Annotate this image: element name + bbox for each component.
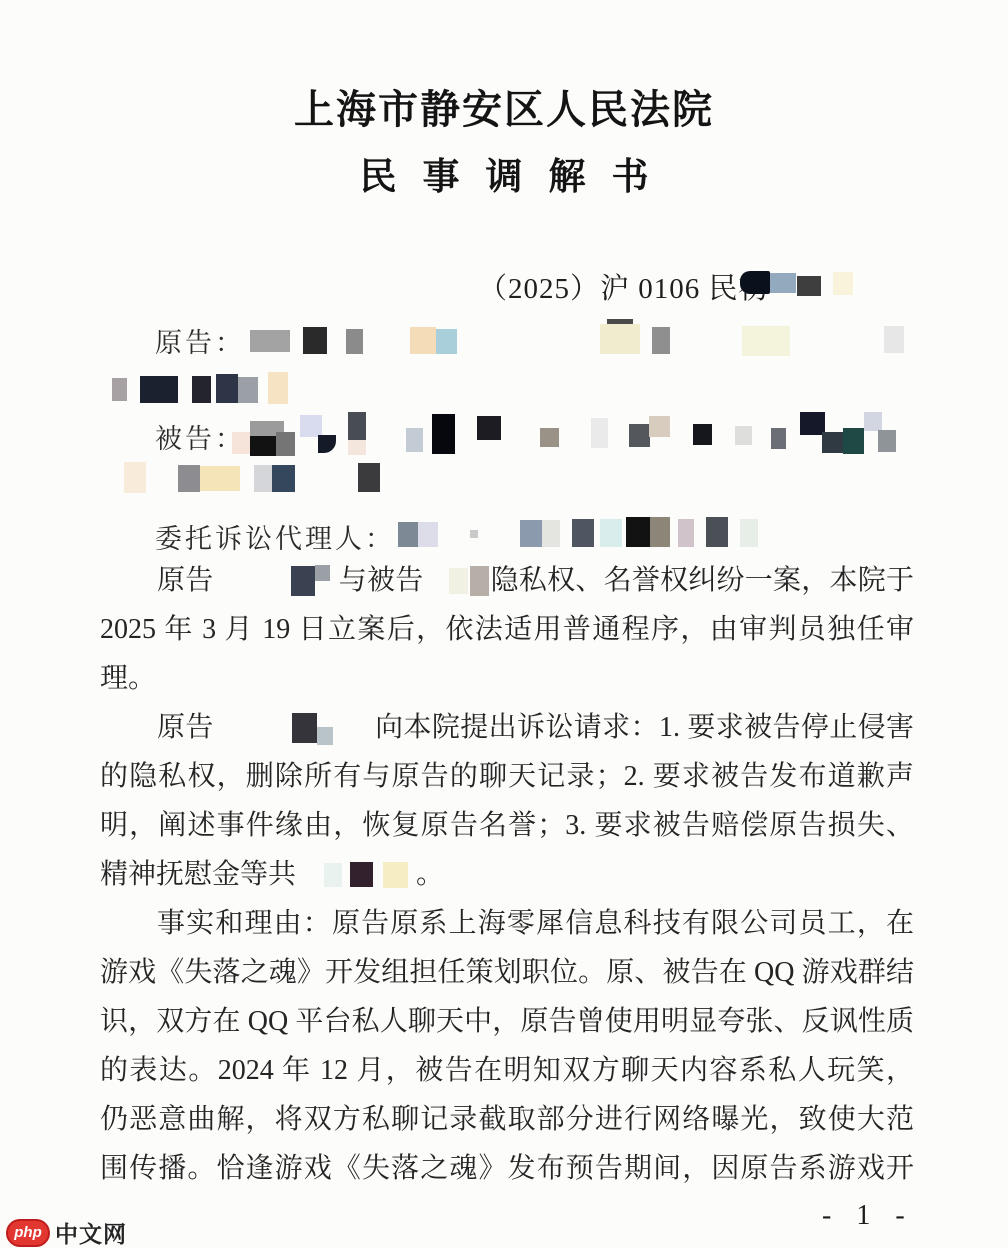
body-line: 理。 <box>100 654 914 703</box>
redaction-block <box>477 416 501 440</box>
redaction-block <box>650 517 670 547</box>
defendant-label: 被告： <box>155 417 245 456</box>
body-text: 原告 <box>157 565 213 596</box>
redaction-block <box>410 327 436 354</box>
redaction-block <box>348 412 366 440</box>
body-line: 游戏《失落之魂》开发组担任策划职位。原、被告在 QQ 游戏群结 <box>100 948 914 997</box>
document-body: 原告与被告隐私权、名誉权纠纷一案，本院于 2025 年 3 月 19 日立案后，… <box>100 556 914 1193</box>
redaction-block <box>178 465 200 492</box>
plaintiff-label: 原告： <box>155 321 245 360</box>
redaction-block <box>470 530 478 538</box>
redaction-block <box>268 372 288 404</box>
redaction-block <box>200 466 240 491</box>
redaction-block <box>318 435 336 453</box>
watermark-text: 中文网 <box>55 1216 127 1248</box>
redaction-block <box>216 374 238 403</box>
body-text: 精神抚慰金等共 <box>100 859 296 890</box>
redaction-block <box>250 421 284 436</box>
redaction-block <box>833 272 853 295</box>
redaction-block <box>303 327 327 354</box>
redaction-block <box>346 329 363 354</box>
redaction-block <box>324 863 342 887</box>
body-line: 精神抚慰金等共。 <box>100 850 914 899</box>
redaction-block <box>884 326 904 353</box>
redaction-block <box>238 377 258 403</box>
redaction-block <box>317 727 333 745</box>
redaction-block <box>350 862 373 887</box>
redaction-block <box>591 418 608 448</box>
redaction-block <box>406 428 423 452</box>
redaction-block <box>250 330 290 352</box>
page-number: - 1 - <box>822 1200 914 1232</box>
redaction-block <box>629 424 650 447</box>
redaction-block <box>678 519 694 547</box>
body-line: 事实和理由：原告原系上海零犀信息科技有限公司员工，在 <box>100 899 914 948</box>
redaction-block <box>300 415 322 437</box>
document-type-title: 民事调解书 <box>0 146 1008 200</box>
redaction-block <box>600 519 622 547</box>
body-line: 原告与被告隐私权、名誉权纠纷一案，本院于 <box>100 556 914 605</box>
body-line: 的表达。2024 年 12 月，被告在明知双方聊天内容系私人玩笑， <box>100 1046 914 1095</box>
redaction-block <box>742 326 790 356</box>
redaction-block <box>542 520 560 547</box>
redaction-block <box>843 428 864 454</box>
redaction-block <box>520 520 542 547</box>
redaction-block <box>192 376 211 403</box>
redaction-block <box>140 376 178 403</box>
redaction-block <box>864 412 882 431</box>
redaction-block <box>436 329 457 354</box>
body-text: 。 <box>416 859 444 890</box>
redaction-block <box>124 462 146 493</box>
body-text: 原告 <box>157 712 214 743</box>
redaction-block <box>600 324 640 354</box>
body-line: 的隐私权，删除所有与原告的聊天记录；2. 要求被告发布道歉声 <box>100 752 914 801</box>
redaction-block <box>358 463 380 492</box>
redaction-block <box>272 465 295 492</box>
redaction-block <box>771 428 786 449</box>
redaction-block <box>649 416 670 437</box>
body-text: 隐私权、名誉权纠纷一案，本院于 <box>490 565 914 596</box>
body-line: 围传播。恰逢游戏《失落之魂》发布预告期间，因原告系游戏开 <box>100 1144 914 1193</box>
body-line: 2025 年 3 月 19 日立案后，依法适用普通程序，由审判员独任审 <box>100 605 914 654</box>
redaction-block <box>276 432 295 456</box>
redaction-block <box>607 319 633 324</box>
body-line: 识，双方在 QQ 平台私人聊天中，原告曾使用明显夸张、反讽性质 <box>100 997 914 1046</box>
redaction-block <box>735 426 752 445</box>
court-name-title: 上海市静安区人民法院 <box>0 78 1008 135</box>
redaction-block <box>292 713 317 743</box>
redaction-block <box>797 276 821 296</box>
body-line: 原告向本院提出诉讼请求：1. 要求被告停止侵害原告 <box>100 703 914 752</box>
redaction-block <box>449 568 468 594</box>
case-number: （2025）沪 0106 民初 <box>478 266 769 307</box>
redaction-block <box>432 414 455 454</box>
scanned-court-document-page: 上海市静安区人民法院 民事调解书 （2025）沪 0106 民初 原告： 被告：… <box>0 0 1008 1248</box>
redaction-block <box>291 566 315 596</box>
redaction-block <box>315 565 330 581</box>
redaction-block <box>254 465 272 492</box>
redaction-block <box>112 378 127 401</box>
redaction-block <box>348 440 366 455</box>
redaction-block <box>800 412 825 435</box>
watermark-logo: php 中文网 <box>6 1216 127 1248</box>
redaction-block <box>822 432 844 453</box>
redaction-block <box>398 522 418 547</box>
redaction-block <box>470 566 489 596</box>
redaction-block <box>250 436 276 456</box>
body-line: 明，阐述事件缘由，恢复原告名誉；3. 要求被告赔偿原告损失、 <box>100 801 914 850</box>
php-logo-badge: php <box>6 1219 50 1247</box>
body-line: 仍恶意曲解，将双方私聊记录截取部分进行网络曝光，致使大范 <box>100 1095 914 1144</box>
agent-label: 委托诉讼代理人： <box>155 517 395 556</box>
redaction-block <box>383 862 408 888</box>
redaction-block <box>878 430 896 452</box>
redaction-block <box>652 327 670 354</box>
body-text: 向本院提出诉讼请求：1. 要求被告停止侵害原告 <box>157 712 914 752</box>
body-text: 与被告 <box>338 565 423 596</box>
redaction-block <box>693 424 712 445</box>
redaction-block <box>740 519 758 547</box>
redaction-block <box>770 273 796 293</box>
redaction-block <box>626 517 650 547</box>
redaction-block <box>572 519 594 547</box>
redaction-block <box>418 522 438 547</box>
redaction-block <box>706 517 728 547</box>
redaction-block <box>540 428 559 447</box>
